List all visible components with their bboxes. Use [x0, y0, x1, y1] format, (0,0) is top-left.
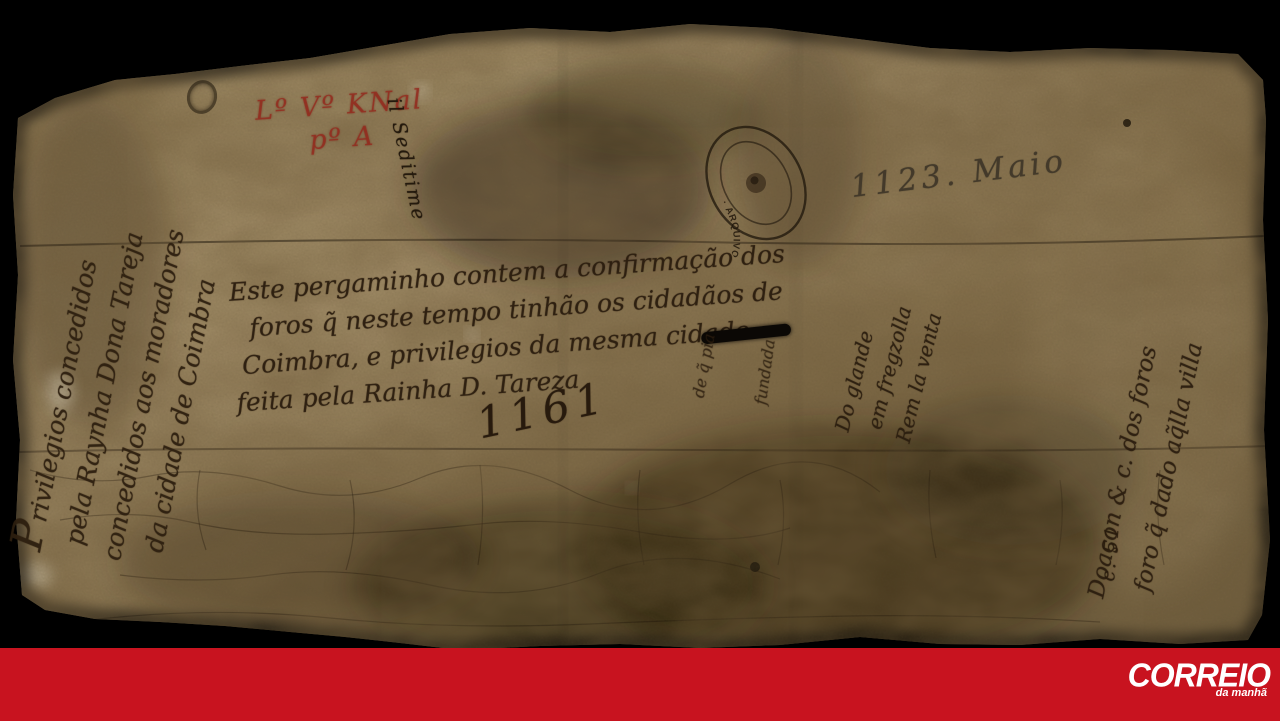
correio-da-manha-logo: CORREIO da manhã	[1128, 659, 1270, 699]
logo-title: CORREIO	[1128, 658, 1270, 691]
news-image-frame: Lº Vº KNal pº A il Seditime · ARQUIVO NA…	[0, 0, 1280, 721]
news-banner: CORREIO da manhã	[0, 648, 1280, 721]
